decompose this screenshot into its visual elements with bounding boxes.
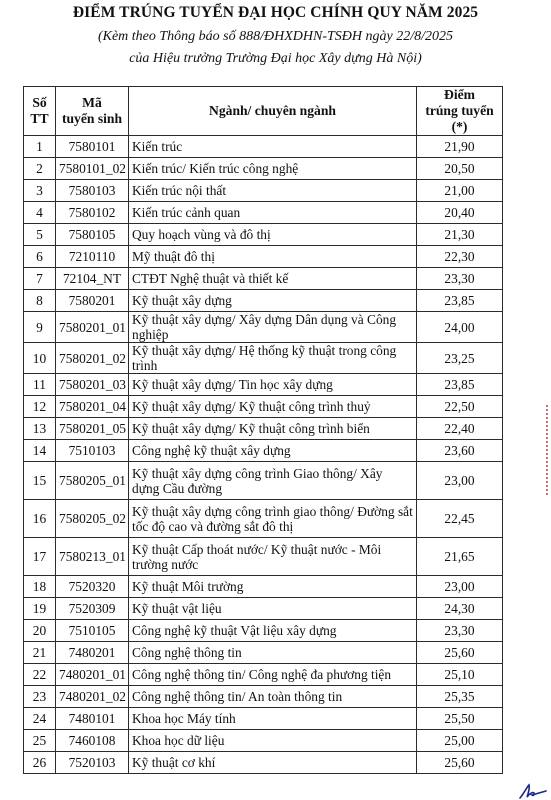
row-code: 7520309	[56, 598, 129, 620]
row-stt: 23	[24, 686, 56, 708]
row-program-name: Kiến trúc	[129, 136, 417, 158]
table-row: 47580102Kiến trúc cảnh quan20,40	[24, 202, 503, 224]
row-code: 7510103	[56, 440, 129, 462]
table-row: 177580213_01Kỹ thuật Cấp thoát nước/ Kỹ …	[24, 538, 503, 576]
row-stt: 6	[24, 246, 56, 268]
header-code: Mãtuyển sinh	[56, 87, 129, 136]
row-stt: 12	[24, 396, 56, 418]
table-row: 127580201_04Kỹ thuật xây dựng/ Kỹ thuật …	[24, 396, 503, 418]
row-code: 7520103	[56, 752, 129, 774]
table-row: 37580103Kiến trúc nội thất21,00	[24, 180, 503, 202]
row-score: 22,45	[417, 500, 503, 538]
row-stt: 15	[24, 462, 56, 500]
row-program-name: Kỹ thuật xây dựng/ Hệ thống kỹ thuật tro…	[129, 343, 417, 374]
row-stt: 22	[24, 664, 56, 686]
row-program-name: Kiến trúc nội thất	[129, 180, 417, 202]
row-score: 24,00	[417, 312, 503, 343]
row-stt: 16	[24, 500, 56, 538]
row-score: 20,50	[417, 158, 503, 180]
row-score: 25,60	[417, 752, 503, 774]
row-score: 23,85	[417, 290, 503, 312]
row-code: 7480201	[56, 642, 129, 664]
table-row: 87580201Kỹ thuật xây dựng23,85	[24, 290, 503, 312]
row-program-name: Kỹ thuật vật liệu	[129, 598, 417, 620]
header-score: Điểmtrúng tuyển (*)	[417, 87, 503, 136]
row-code: 7460108	[56, 730, 129, 752]
document-title: ĐIỂM TRÚNG TUYỂN ĐẠI HỌC CHÍNH QUY NĂM 2…	[0, 4, 551, 22]
row-code: 7580213_01	[56, 538, 129, 576]
row-stt: 19	[24, 598, 56, 620]
row-program-name: Khoa học Máy tính	[129, 708, 417, 730]
row-stt: 18	[24, 576, 56, 598]
row-code: 7480201_01	[56, 664, 129, 686]
row-stt: 8	[24, 290, 56, 312]
row-program-name: Công nghệ kỹ thuật xây dựng	[129, 440, 417, 462]
row-score: 23,30	[417, 620, 503, 642]
row-program-name: Kiến trúc cảnh quan	[129, 202, 417, 224]
row-stt: 24	[24, 708, 56, 730]
table-row: 247480101Khoa học Máy tính25,50	[24, 708, 503, 730]
row-program-name: Công nghệ thông tin/ An toàn thông tin	[129, 686, 417, 708]
document-subtitle-line1: (Kèm theo Thông báo số 888/ĐHXDHN-TSĐH n…	[0, 29, 551, 45]
row-score: 23,25	[417, 343, 503, 374]
table-row: 217480201Công nghệ thông tin25,60	[24, 642, 503, 664]
row-code: 7580201_02	[56, 343, 129, 374]
table-row: 117580201_03Kỹ thuật xây dựng/ Tin học x…	[24, 374, 503, 396]
table-row: 157580205_01Kỹ thuật xây dựng công trình…	[24, 462, 503, 500]
row-score: 23,00	[417, 462, 503, 500]
row-code: 7580103	[56, 180, 129, 202]
row-code: 7480201_02	[56, 686, 129, 708]
row-stt: 21	[24, 642, 56, 664]
row-program-name: Kỹ thuật xây dựng công trình giao thông/…	[129, 500, 417, 538]
row-score: 25,10	[417, 664, 503, 686]
table-row: 67210110Mỹ thuật đô thị22,30	[24, 246, 503, 268]
header-stt: SốTT	[24, 87, 56, 136]
row-program-name: Kỹ thuật xây dựng/ Kỹ thuật công trình b…	[129, 418, 417, 440]
row-program-name: Kỹ thuật Môi trường	[129, 576, 417, 598]
row-score: 23,30	[417, 268, 503, 290]
signature-mark	[518, 783, 548, 799]
row-stt: 1	[24, 136, 56, 158]
row-score: 23,60	[417, 440, 503, 462]
row-score: 23,00	[417, 576, 503, 598]
row-program-name: Khoa học dữ liệu	[129, 730, 417, 752]
row-score: 20,40	[417, 202, 503, 224]
row-code: 7210110	[56, 246, 129, 268]
table-row: 267520103Kỹ thuật cơ khí25,60	[24, 752, 503, 774]
table-row: 27580101_02Kiến trúc/ Kiến trúc công ngh…	[24, 158, 503, 180]
table-row: 107580201_02Kỹ thuật xây dựng/ Hệ thống …	[24, 343, 503, 374]
table-row: 207510105Công nghệ kỹ thuật Vật liệu xây…	[24, 620, 503, 642]
table-header-row: SốTT Mãtuyển sinh Ngành/ chuyên ngành Đi…	[24, 87, 503, 136]
row-stt: 2	[24, 158, 56, 180]
row-score: 24,30	[417, 598, 503, 620]
row-code: 7580101	[56, 136, 129, 158]
row-program-name: Kỹ thuật xây dựng/ Kỹ thuật công trình t…	[129, 396, 417, 418]
row-program-name: Kỹ thuật xây dựng/ Xây dựng Dân dụng và …	[129, 312, 417, 343]
row-code: 7580201_01	[56, 312, 129, 343]
table-row: 57580105Quy hoạch vùng và đô thị21,30	[24, 224, 503, 246]
table-row: 137580201_05Kỹ thuật xây dựng/ Kỹ thuật …	[24, 418, 503, 440]
row-code: 7520320	[56, 576, 129, 598]
row-code: 7580201_05	[56, 418, 129, 440]
row-score: 22,50	[417, 396, 503, 418]
row-code: 7580201	[56, 290, 129, 312]
row-score: 21,30	[417, 224, 503, 246]
table-row: 772104_NTCTĐT Nghệ thuật và thiết kế23,3…	[24, 268, 503, 290]
row-stt: 20	[24, 620, 56, 642]
table-body: 17580101Kiến trúc21,9027580101_02Kiến tr…	[24, 136, 503, 774]
admission-scores-table: SốTT Mãtuyển sinh Ngành/ chuyên ngành Đi…	[23, 86, 503, 774]
row-stt: 25	[24, 730, 56, 752]
row-score: 22,40	[417, 418, 503, 440]
row-program-name: Kỹ thuật xây dựng	[129, 290, 417, 312]
row-stt: 7	[24, 268, 56, 290]
row-score: 25,60	[417, 642, 503, 664]
row-stt: 4	[24, 202, 56, 224]
row-program-name: CTĐT Nghệ thuật và thiết kế	[129, 268, 417, 290]
row-stt: 11	[24, 374, 56, 396]
row-score: 21,65	[417, 538, 503, 576]
row-score: 25,35	[417, 686, 503, 708]
row-program-name: Công nghệ thông tin/ Công nghệ đa phương…	[129, 664, 417, 686]
row-score: 23,85	[417, 374, 503, 396]
table-row: 237480201_02Công nghệ thông tin/ An toàn…	[24, 686, 503, 708]
row-program-name: Công nghệ kỹ thuật Vật liệu xây dựng	[129, 620, 417, 642]
table-row: 147510103Công nghệ kỹ thuật xây dựng23,6…	[24, 440, 503, 462]
row-program-name: Kỹ thuật xây dựng công trình Giao thông/…	[129, 462, 417, 500]
row-score: 25,50	[417, 708, 503, 730]
row-program-name: Kiến trúc/ Kiến trúc công nghệ	[129, 158, 417, 180]
row-code: 7510105	[56, 620, 129, 642]
row-code: 7580201_04	[56, 396, 129, 418]
table-row: 97580201_01Kỹ thuật xây dựng/ Xây dựng D…	[24, 312, 503, 343]
table-row: 197520309Kỹ thuật vật liệu24,30	[24, 598, 503, 620]
header-name: Ngành/ chuyên ngành	[129, 87, 417, 136]
table-row: 17580101Kiến trúc21,90	[24, 136, 503, 158]
row-score: 22,30	[417, 246, 503, 268]
row-stt: 26	[24, 752, 56, 774]
row-program-name: Kỹ thuật Cấp thoát nước/ Kỹ thuật nước -…	[129, 538, 417, 576]
row-score: 21,90	[417, 136, 503, 158]
row-program-name: Kỹ thuật cơ khí	[129, 752, 417, 774]
row-program-name: Công nghệ thông tin	[129, 642, 417, 664]
red-stamp-mark	[546, 405, 551, 495]
table-row: 187520320Kỹ thuật Môi trường23,00	[24, 576, 503, 598]
row-code: 7580105	[56, 224, 129, 246]
row-code: 7580101_02	[56, 158, 129, 180]
row-program-name: Quy hoạch vùng và đô thị	[129, 224, 417, 246]
row-code: 7580102	[56, 202, 129, 224]
table-row: 227480201_01Công nghệ thông tin/ Công ng…	[24, 664, 503, 686]
row-code: 7580205_01	[56, 462, 129, 500]
table-row: 167580205_02Kỹ thuật xây dựng công trình…	[24, 500, 503, 538]
row-stt: 13	[24, 418, 56, 440]
row-stt: 14	[24, 440, 56, 462]
row-code: 7580205_02	[56, 500, 129, 538]
table-row: 257460108Khoa học dữ liệu25,00	[24, 730, 503, 752]
row-stt: 9	[24, 312, 56, 343]
row-score: 25,00	[417, 730, 503, 752]
row-stt: 17	[24, 538, 56, 576]
row-stt: 3	[24, 180, 56, 202]
row-code: 7480101	[56, 708, 129, 730]
row-stt: 10	[24, 343, 56, 374]
row-program-name: Mỹ thuật đô thị	[129, 246, 417, 268]
row-program-name: Kỹ thuật xây dựng/ Tin học xây dựng	[129, 374, 417, 396]
row-stt: 5	[24, 224, 56, 246]
row-code: 72104_NT	[56, 268, 129, 290]
row-score: 21,00	[417, 180, 503, 202]
row-code: 7580201_03	[56, 374, 129, 396]
document-subtitle-line2: của Hiệu trưởng Trường Đại học Xây dựng …	[0, 51, 551, 67]
